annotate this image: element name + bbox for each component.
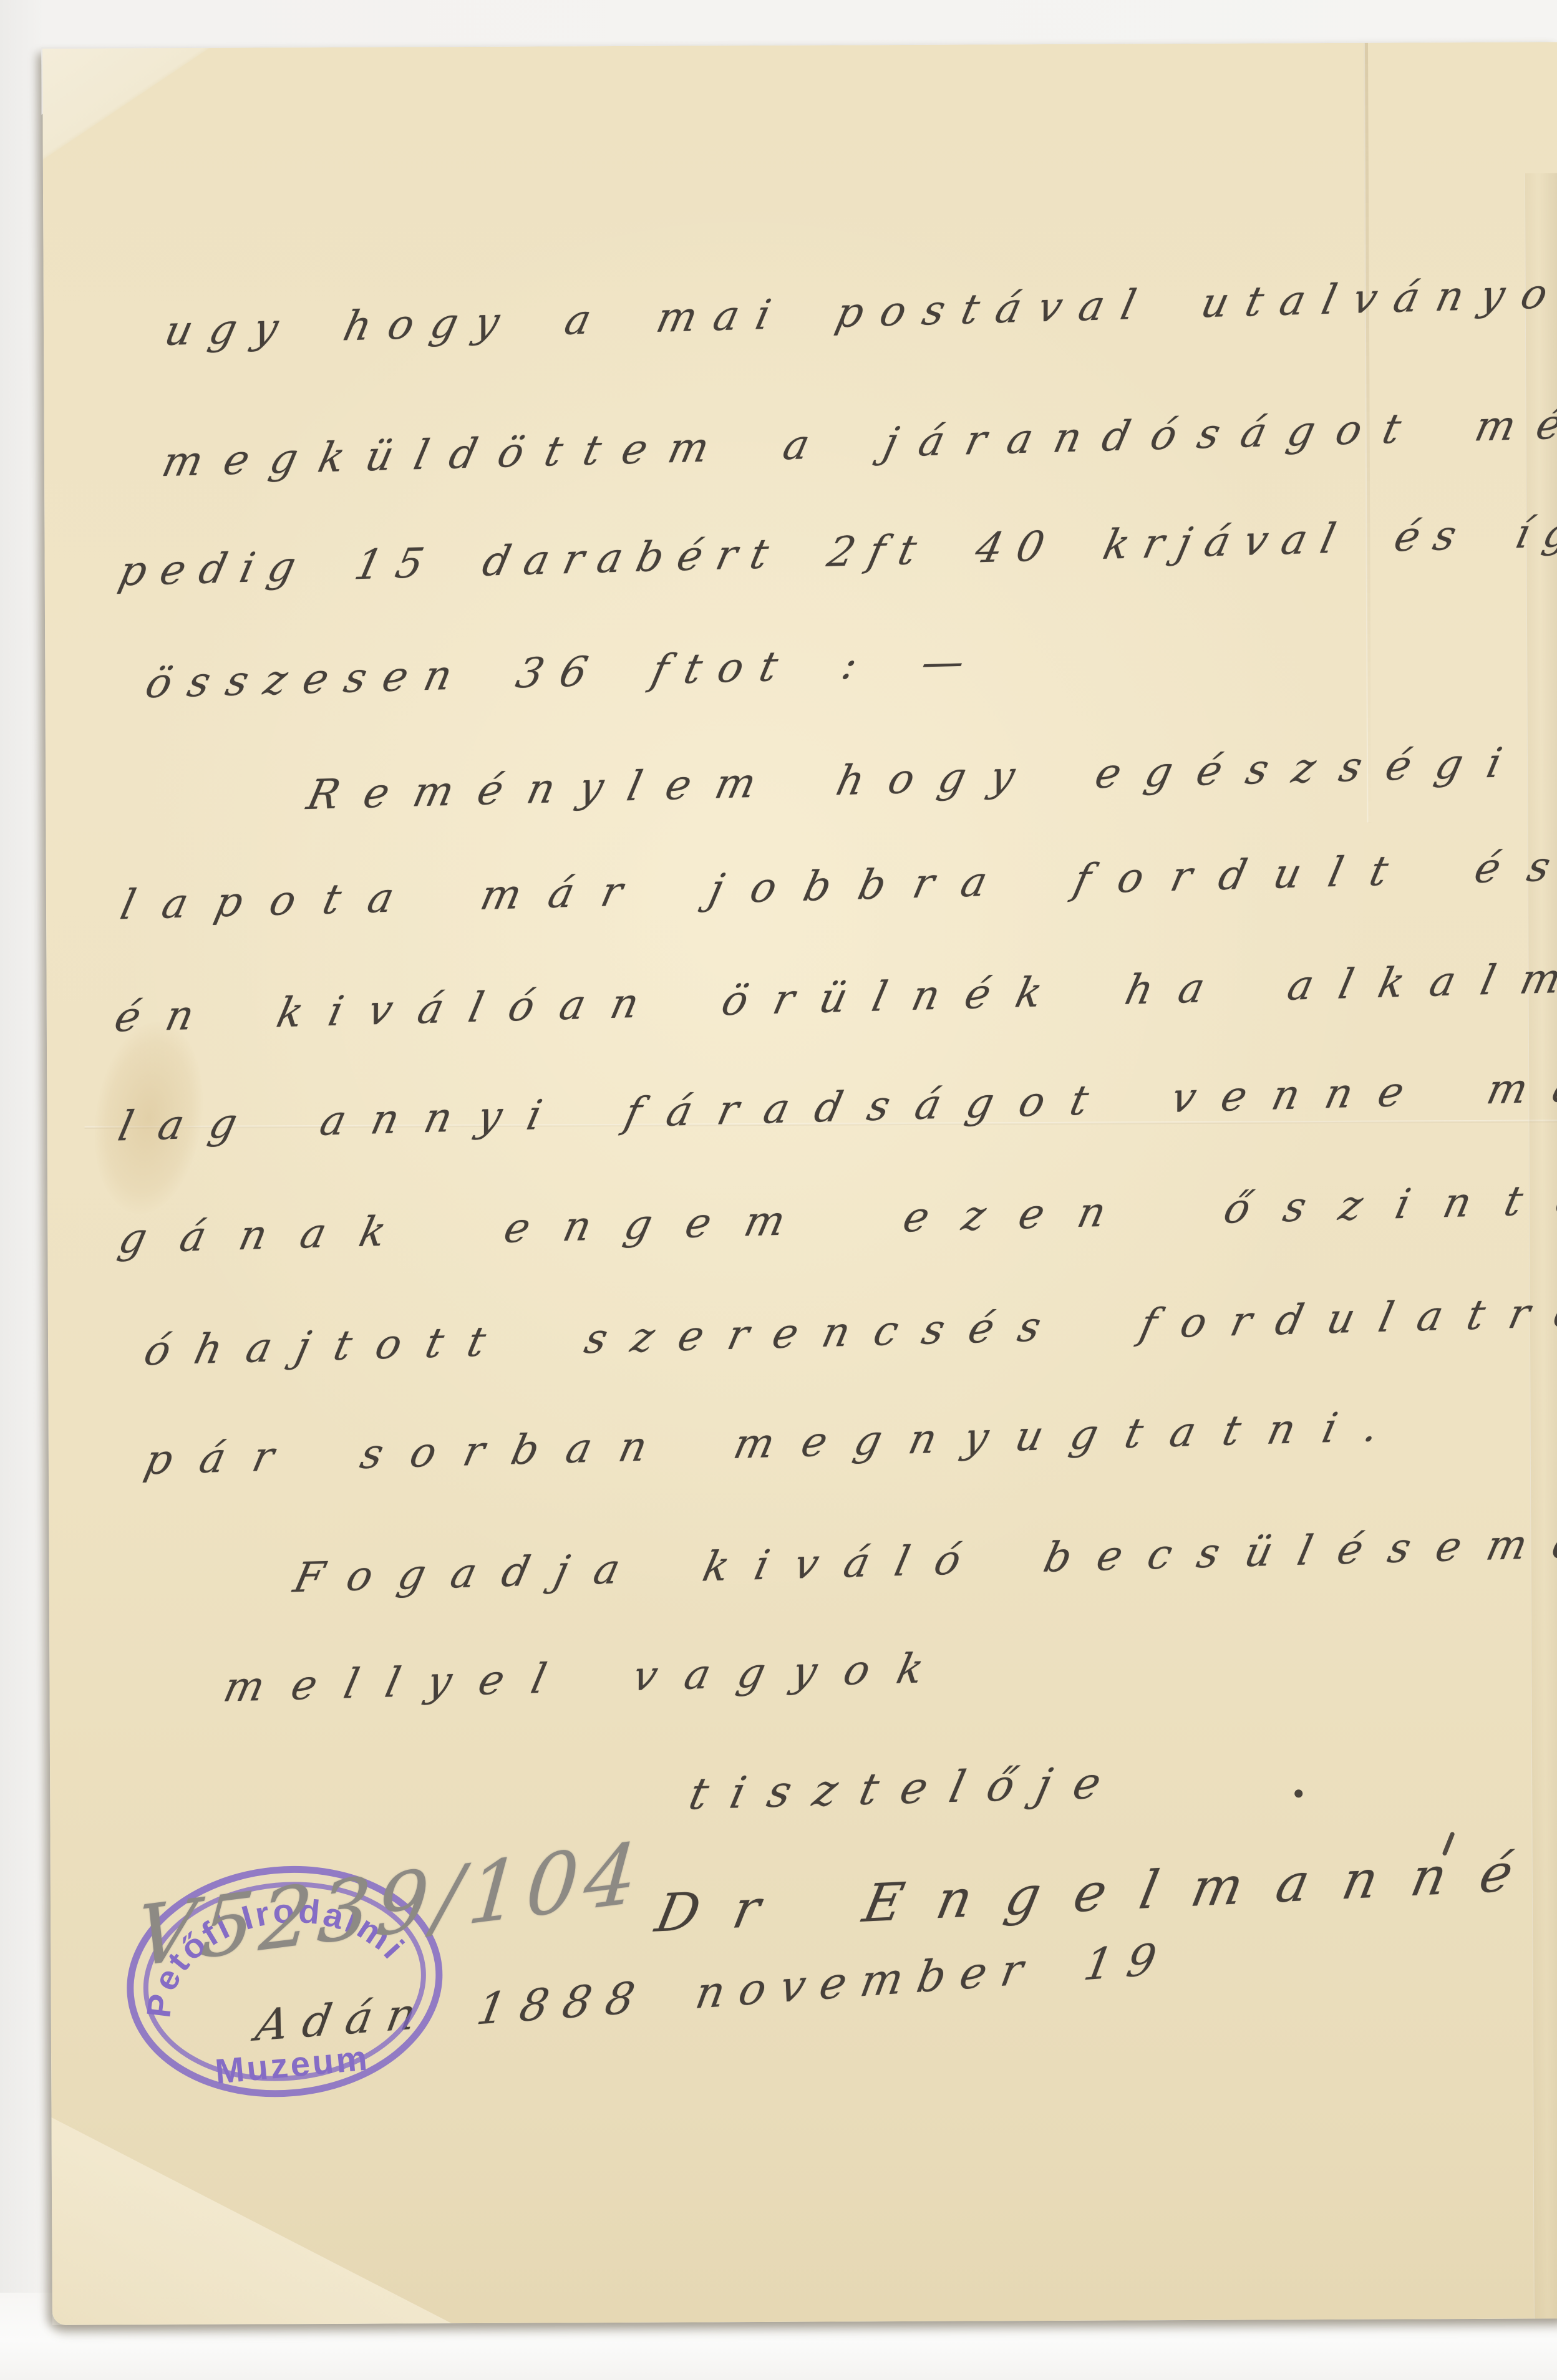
handwritten-line: mellyel vagyok — [220, 1643, 956, 1711]
handwritten-line: pedig 15 darabért 2ft 40 krjával és így — [115, 507, 1557, 596]
scanner-background: ugy hogy a mai postával utalványon megkü… — [0, 0, 1557, 2380]
handwritten-line: gának engem ezen őszintén — [114, 1173, 1557, 1262]
handwritten-line: én kiválóan örülnék ha alkalmi — [110, 952, 1557, 1041]
handwritten-line: ugy hogy a mai postával utalványon — [160, 268, 1557, 355]
handwritten-line: lag annyi fáradságot venne ma — [114, 1062, 1557, 1150]
handwritten-line: óhajtott szerencsés fordulatról — [140, 1287, 1557, 1375]
handwritten-line: összesen 36 ftot : — — [142, 637, 986, 707]
letter-page: ugy hogy a mai postával utalványon megkü… — [42, 42, 1557, 2325]
bottom-left-fold — [51, 2092, 452, 2325]
handwritten-line: lapota már jobbra fordult és — [116, 842, 1557, 929]
valediction-line: tisztelője — [684, 1757, 1128, 1820]
ink-dot — [1294, 1789, 1302, 1797]
closing-line: Fogadja kiváló becsülésemet — [289, 1517, 1557, 1602]
handwritten-line: megküldöttem a járandóságot még — [158, 399, 1557, 486]
corner-fold — [42, 48, 210, 160]
signature-line: Dr Engelmanné — [651, 1841, 1553, 1944]
handwritten-line: pár sorban megnyugtatni. — [140, 1402, 1412, 1484]
paper-right-edge — [1525, 173, 1557, 2318]
